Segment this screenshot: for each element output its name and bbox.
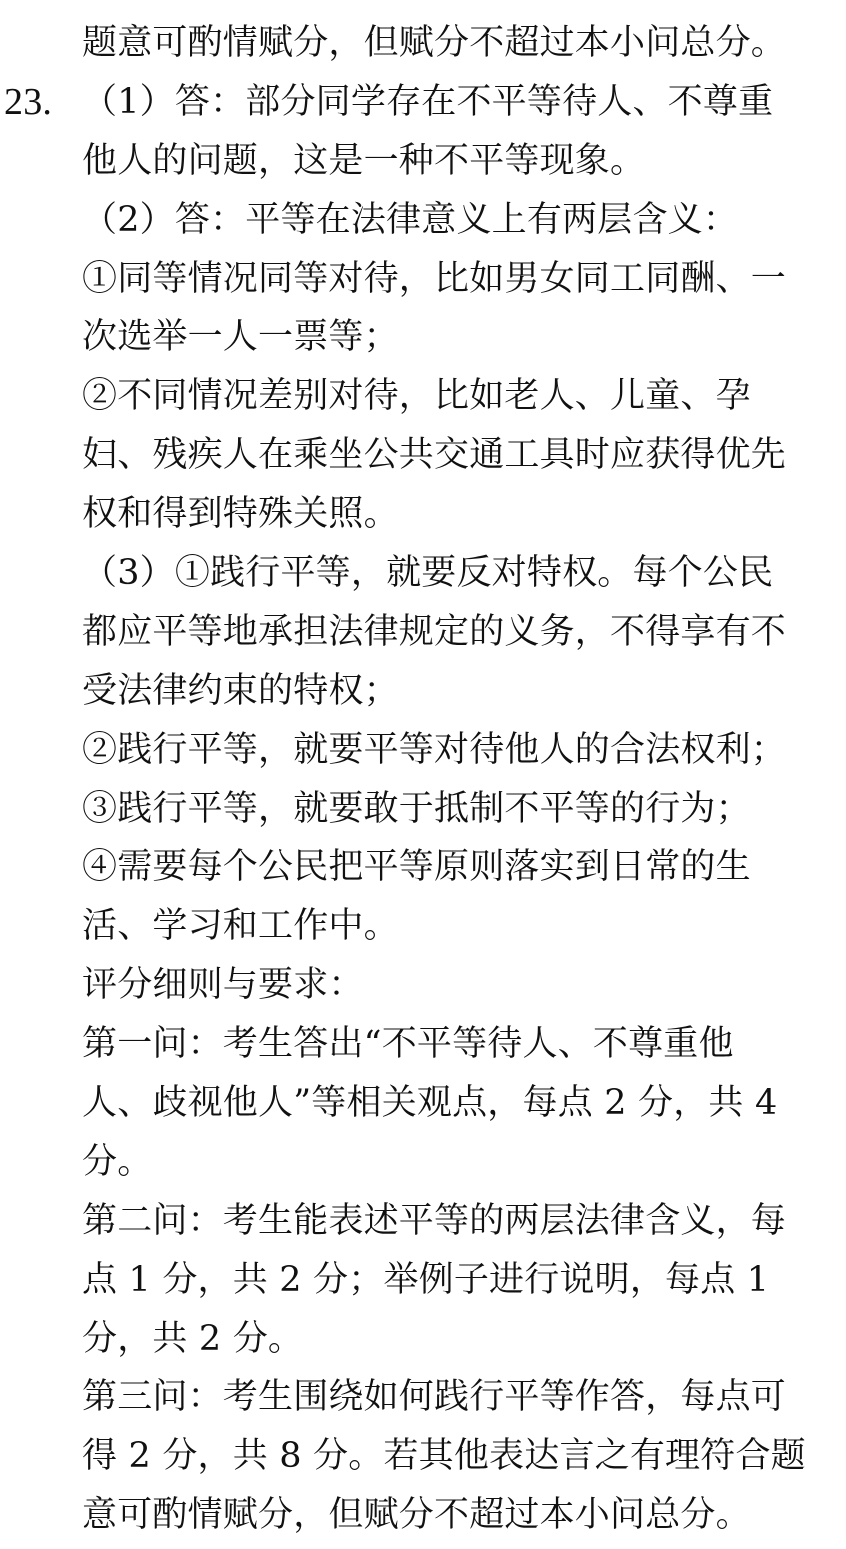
- scoring-heading: 评分细则与要求：: [0, 956, 846, 1015]
- text-line: 活、学习和工作中。: [0, 897, 846, 956]
- text-line: 都应平等地承担法律规定的义务，不得享有不: [0, 603, 846, 662]
- text-line: 次选举一人一票等；: [0, 308, 846, 367]
- text-line: 妇、残疾人在乘坐公共交通工具时应获得优先: [0, 426, 846, 485]
- text-line: 点 1 分，共 2 分；举例子进行说明，每点 1: [0, 1251, 846, 1310]
- text-line: ④需要每个公民把平等原则落实到日常的生: [0, 838, 846, 897]
- answer-document: 题意可酌情赋分，但赋分不超过本小问总分。 23. （1）答：部分同学存在不平等待…: [0, 14, 846, 1545]
- text-line: 权和得到特殊关照。: [0, 485, 846, 544]
- text-line: ②不同情况差别对待，比如老人、儿童、孕: [0, 367, 846, 426]
- question-number: 23.: [4, 73, 52, 132]
- text-line: ②践行平等，就要平等对待他人的合法权利；: [0, 721, 846, 780]
- text-line: 分。: [0, 1133, 846, 1192]
- text-line: 第二问：考生能表述平等的两层法律含义，每: [0, 1192, 846, 1251]
- text-line: 人、歧视他人”等相关观点，每点 2 分，共 4: [0, 1074, 846, 1133]
- question-23-part-1: 23. （1）答：部分同学存在不平等待人、不尊重: [0, 73, 846, 132]
- text-line: 受法律约束的特权；: [0, 662, 846, 721]
- text-line: （3）①践行平等，就要反对特权。每个公民: [0, 544, 846, 603]
- text-line: ③践行平等，就要敢于抵制不平等的行为；: [0, 780, 846, 839]
- text-line: 第三问：考生围绕如何践行平等作答，每点可: [0, 1368, 846, 1427]
- text-line: 意可酌情赋分，但赋分不超过本小问总分。: [0, 1486, 846, 1545]
- text-line: 题意可酌情赋分，但赋分不超过本小问总分。: [0, 14, 846, 73]
- text-line: 分，共 2 分。: [0, 1310, 846, 1369]
- text-line: 第一问：考生答出“不平等待人、不尊重他: [0, 1015, 846, 1074]
- text-line: （2）答：平等在法律意义上有两层含义：: [0, 191, 846, 250]
- text-line: 得 2 分，共 8 分。若其他表达言之有理符合题: [0, 1427, 846, 1486]
- text-line: （1）答：部分同学存在不平等待人、不尊重: [82, 82, 773, 122]
- text-line: ①同等情况同等对待，比如男女同工同酬、一: [0, 250, 846, 309]
- text-line: 他人的问题，这是一种不平等现象。: [0, 132, 846, 191]
